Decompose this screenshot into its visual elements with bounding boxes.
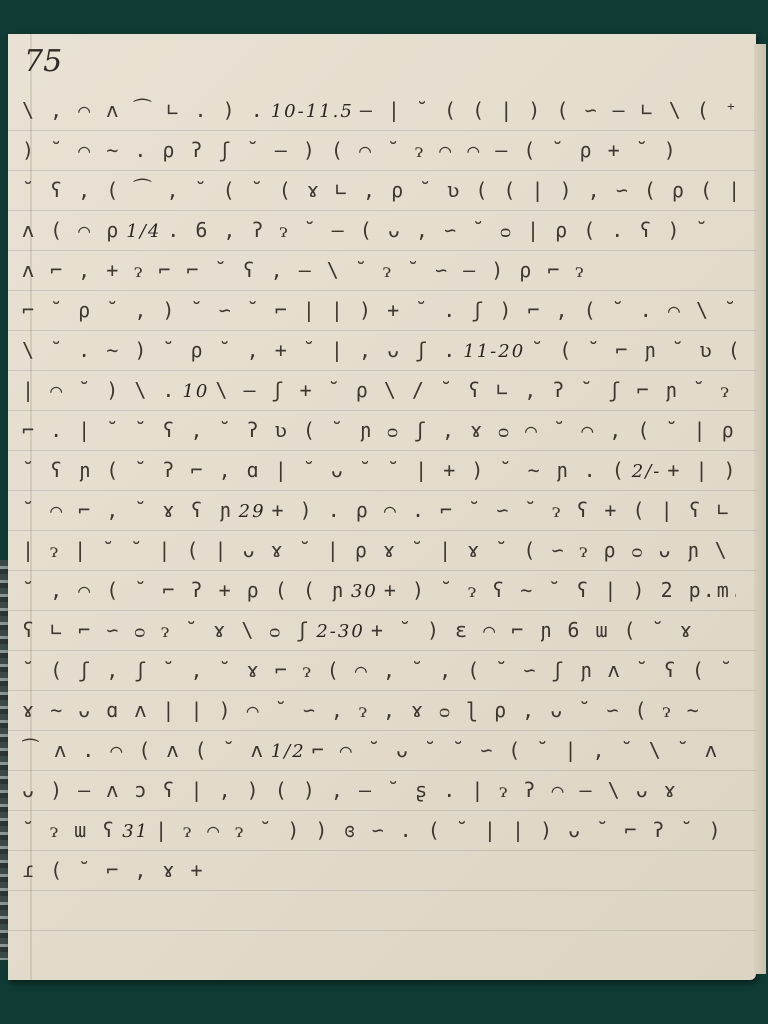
shorthand-line: ˘ ʕ ɲ ( ˘ ʔ ⌐ , ɑ | ˘ ᴗ ˘ ˘ | + ) ˘ ∼ ɲ … bbox=[22, 458, 736, 498]
shorthand-text: ˘ ( ˘ ⌐ ɲ ˘ ʋ ( ⌒ bbox=[531, 338, 736, 362]
shorthand-text: ˘ ɂ ɯ ʕ bbox=[22, 818, 116, 842]
shorthand-text: | ɂ | ˘ ˘ | ( | ᴗ ɤ ˘ | ρ ɤ ˘ | ɤ ˘ ( ∽ … bbox=[22, 538, 736, 562]
shorthand-text: + | ) ɛ 1/2 bbox=[667, 458, 736, 482]
notebook-page: 75 \ , ⌒ ʌ ⁀ ∟ . ) .10-11.5— | ˘ ( ( | )… bbox=[8, 34, 756, 980]
annotation-number: 11-20 bbox=[463, 341, 525, 362]
shorthand-text: | ⌒ ˘ ) \ . bbox=[22, 378, 176, 402]
shorthand-text: ) ˘ ⌒ ∼ . ρ ʔ ʃ ˘ — ) ( ⌒ ˘ ɂ ⌒ ⌒ — ( ˘ … bbox=[22, 138, 678, 162]
annotation-number: 2/- bbox=[632, 461, 662, 482]
shorthand-text: + ˘ ) ɛ ⌒ ⌐ ɲ 6 ɯ ( ˘ ɤ bbox=[371, 618, 694, 642]
shorthand-text: ⌐ . | ˘ ˘ ʕ , ˘ ʔ ʋ ( ˘ ɲ ᴑ ʃ , ɤ ᴑ ⌒ ˘ … bbox=[22, 418, 736, 442]
shorthand-line: ˘ ( ʃ , ʃ ˘ , ˘ ɤ ⌐ ɂ ( ⌒ , ˘ , ( ˘ ∽ ʃ … bbox=[22, 658, 736, 698]
shorthand-line: ᴗ ) — ʌ ɔ ʕ | , ) ( ) , — ˘ ʂ . | ɂ ʔ ⌒ … bbox=[22, 778, 736, 818]
shorthand-text: \ — ʃ + ˘ ρ \ / ˘ ʕ ∟ , ʔ ˘ ʃ ⌐ ɲ ˘ ɂ ( bbox=[215, 378, 736, 402]
ruled-line bbox=[8, 930, 756, 931]
annotation-number: 10-11.5 bbox=[271, 101, 354, 122]
shorthand-line: ʌ ⌐ , + ɂ ⌐ ⌐ ˘ ʕ , — \ ˘ ɂ ˘ ∽ — ) ρ ⌐ … bbox=[22, 258, 736, 298]
shorthand-text: ɤ ∼ ᴗ ɑ ʌ | | ) ⌒ ˘ ∽ , ɂ , ɤ ᴑ ɭ ρ , ᴗ … bbox=[22, 698, 701, 722]
annotation-number: 29 bbox=[239, 501, 266, 522]
shorthand-line: ) ˘ ⌒ ∼ . ρ ʔ ʃ ˘ — ) ( ⌒ ˘ ɂ ⌒ ⌒ — ( ˘ … bbox=[22, 138, 736, 178]
shorthand-line: ʕ ∟ ⌐ ∽ ᴑ ɂ ˘ ɤ \ ᴑ ʃ2-30+ ˘ ) ɛ ⌒ ⌐ ɲ 6… bbox=[22, 618, 736, 658]
shorthand-text: \ ˘ . ∼ ) ˘ ρ ˘ , + ˘ | , ᴗ ʃ . bbox=[22, 338, 457, 362]
shorthand-text: | ɂ ⌒ ɂ ˘ ) ) ɞ ∽ . ( ˘ | | ) ᴗ ˘ ⌐ ʔ ˘ … bbox=[155, 818, 723, 842]
shorthand-text: \ , ⌒ ʌ ⁀ ∟ . ) . bbox=[22, 98, 265, 122]
shorthand-text: ˘ ( ʃ , ʃ ˘ , ˘ ɤ ⌐ ɂ ( ⌒ , ˘ , ( ˘ ∽ ʃ … bbox=[22, 658, 736, 682]
shorthand-text: + ) . ρ ⌒ . ⌐ ˘ ∽ ˘ ɂ ʕ + ( | ʕ ∟ bbox=[272, 498, 731, 522]
shorthand-text: ʌ ( ⌒ ρ bbox=[22, 218, 120, 242]
shorthand-text: — | ˘ ( ( | ) ( ∽ — ∟ \ ( ⁺ ˘ | bbox=[360, 98, 736, 122]
shorthand-line: | ɂ | ˘ ˘ | ( | ᴗ ɤ ˘ | ρ ɤ ˘ | ɤ ˘ ( ∽ … bbox=[22, 538, 736, 578]
shorthand-line: \ ˘ . ∼ ) ˘ ρ ˘ , + ˘ | , ᴗ ʃ .11-20˘ ( … bbox=[22, 338, 736, 378]
shorthand-line: \ , ⌒ ʌ ⁀ ∟ . ) .10-11.5— | ˘ ( ( | ) ( … bbox=[22, 98, 736, 138]
shorthand-line: ʌ ( ⌒ ρ1/4. 6 , ʔ ɂ ˘ — ( ᴗ , ∽ ˘ ᴑ | ρ … bbox=[22, 218, 736, 258]
page-number: 75 bbox=[24, 44, 62, 79]
shorthand-line: ɤ ∼ ᴗ ɑ ʌ | | ) ⌒ ˘ ∽ , ɂ , ɤ ᴑ ɭ ρ , ᴗ … bbox=[22, 698, 736, 738]
annotation-number: 30 bbox=[351, 581, 378, 602]
annotation-number: 31 bbox=[122, 821, 149, 842]
shorthand-line: ˘ , ⌒ ( ˘ ⌐ ʔ + ρ ( ( ɲ30+ ) ˘ ɂ ʕ ∼ ˘ ʕ… bbox=[22, 578, 736, 618]
shorthand-line: ⌐ ˘ ρ ˘ , ) ˘ ∽ ˘ ⌐ | | ) + ˘ . ʃ ) ⌐ , … bbox=[22, 298, 736, 338]
annotation-number: 1/2 bbox=[271, 741, 306, 762]
shorthand-text: ⁀ ʌ . ⌒ ( ʌ ( ˘ ʌ bbox=[22, 738, 265, 762]
shorthand-text: ˘ ʕ ɲ ( ˘ ʔ ⌐ , ɑ | ˘ ᴗ ˘ ˘ | + ) ˘ ∼ ɲ … bbox=[22, 458, 626, 482]
shorthand-line: ˘ ʕ , ( ⁀ , ˘ ( ˘ ( ɤ ∟ , ρ ˘ ʋ ( ( | ) … bbox=[22, 178, 736, 218]
shorthand-text: + ) ˘ ɂ ʕ ∼ ˘ ʕ | ) 2 p.m. bbox=[384, 578, 736, 602]
shorthand-line: ⌐ . | ˘ ˘ ʕ , ˘ ʔ ʋ ( ˘ ɲ ᴑ ʃ , ɤ ᴑ ⌒ ˘ … bbox=[22, 418, 736, 458]
shorthand-line: ⁀ ʌ . ⌒ ( ʌ ( ˘ ʌ1/2⌐ ⌒ ˘ ᴗ ˘ ˘ ∽ ( ˘ | … bbox=[22, 738, 736, 778]
shorthand-text: ˘ ʕ , ( ⁀ , ˘ ( ˘ ( ɤ ∟ , ρ ˘ ʋ ( ( | ) … bbox=[22, 178, 736, 202]
shorthand-text: ʌ ⌐ , + ɂ ⌐ ⌐ ˘ ʕ , — \ ˘ ɂ ˘ ∽ — ) ρ ⌐ … bbox=[22, 258, 585, 282]
shorthand-text: ˘ ⌒ ⌐ , ˘ ɤ ʕ ɲ bbox=[22, 498, 233, 522]
shorthand-text: ɾ ( ˘ ⌐ , ɤ + bbox=[22, 858, 205, 882]
shorthand-line: | ⌒ ˘ ) \ .10\ — ʃ + ˘ ρ \ / ˘ ʕ ∟ , ʔ ˘… bbox=[22, 378, 736, 418]
page-edge bbox=[754, 44, 766, 974]
shorthand-text: ⌐ ⌒ ˘ ᴗ ˘ ˘ ∽ ( ˘ | , ˘ \ ˘ ʌ , ɂ ( bbox=[312, 738, 736, 762]
shorthand-text: ᴗ ) — ʌ ɔ ʕ | , ) ( ) , — ˘ ʂ . | ɂ ʔ ⌒ … bbox=[22, 778, 678, 802]
shorthand-line: ˘ ⌒ ⌐ , ˘ ɤ ʕ ɲ29+ ) . ρ ⌒ . ⌐ ˘ ∽ ˘ ɂ ʕ… bbox=[22, 498, 736, 538]
annotation-number: 1/4 bbox=[126, 221, 161, 242]
shorthand-text: . 6 , ʔ ɂ ˘ — ( ᴗ , ∽ ˘ ᴑ | ρ ( . ʕ ) ˘ bbox=[167, 218, 709, 242]
shorthand-text: ⌐ ˘ ρ ˘ , ) ˘ ∽ ˘ ⌐ | | ) + ˘ . ʃ ) ⌐ , … bbox=[22, 298, 736, 322]
shorthand-line: ɾ ( ˘ ⌐ , ɤ + bbox=[22, 858, 736, 898]
shorthand-line: ˘ ɂ ɯ ʕ31| ɂ ⌒ ɂ ˘ ) ) ɞ ∽ . ( ˘ | | ) ᴗ… bbox=[22, 818, 736, 858]
shorthand-text: ʕ ∟ ⌐ ∽ ᴑ ɂ ˘ ɤ \ ᴑ ʃ bbox=[22, 618, 310, 642]
annotation-number: 10 bbox=[182, 381, 209, 402]
shorthand-text: ˘ , ⌒ ( ˘ ⌐ ʔ + ρ ( ( ɲ bbox=[22, 578, 345, 602]
annotation-number: 2-30 bbox=[316, 621, 364, 642]
